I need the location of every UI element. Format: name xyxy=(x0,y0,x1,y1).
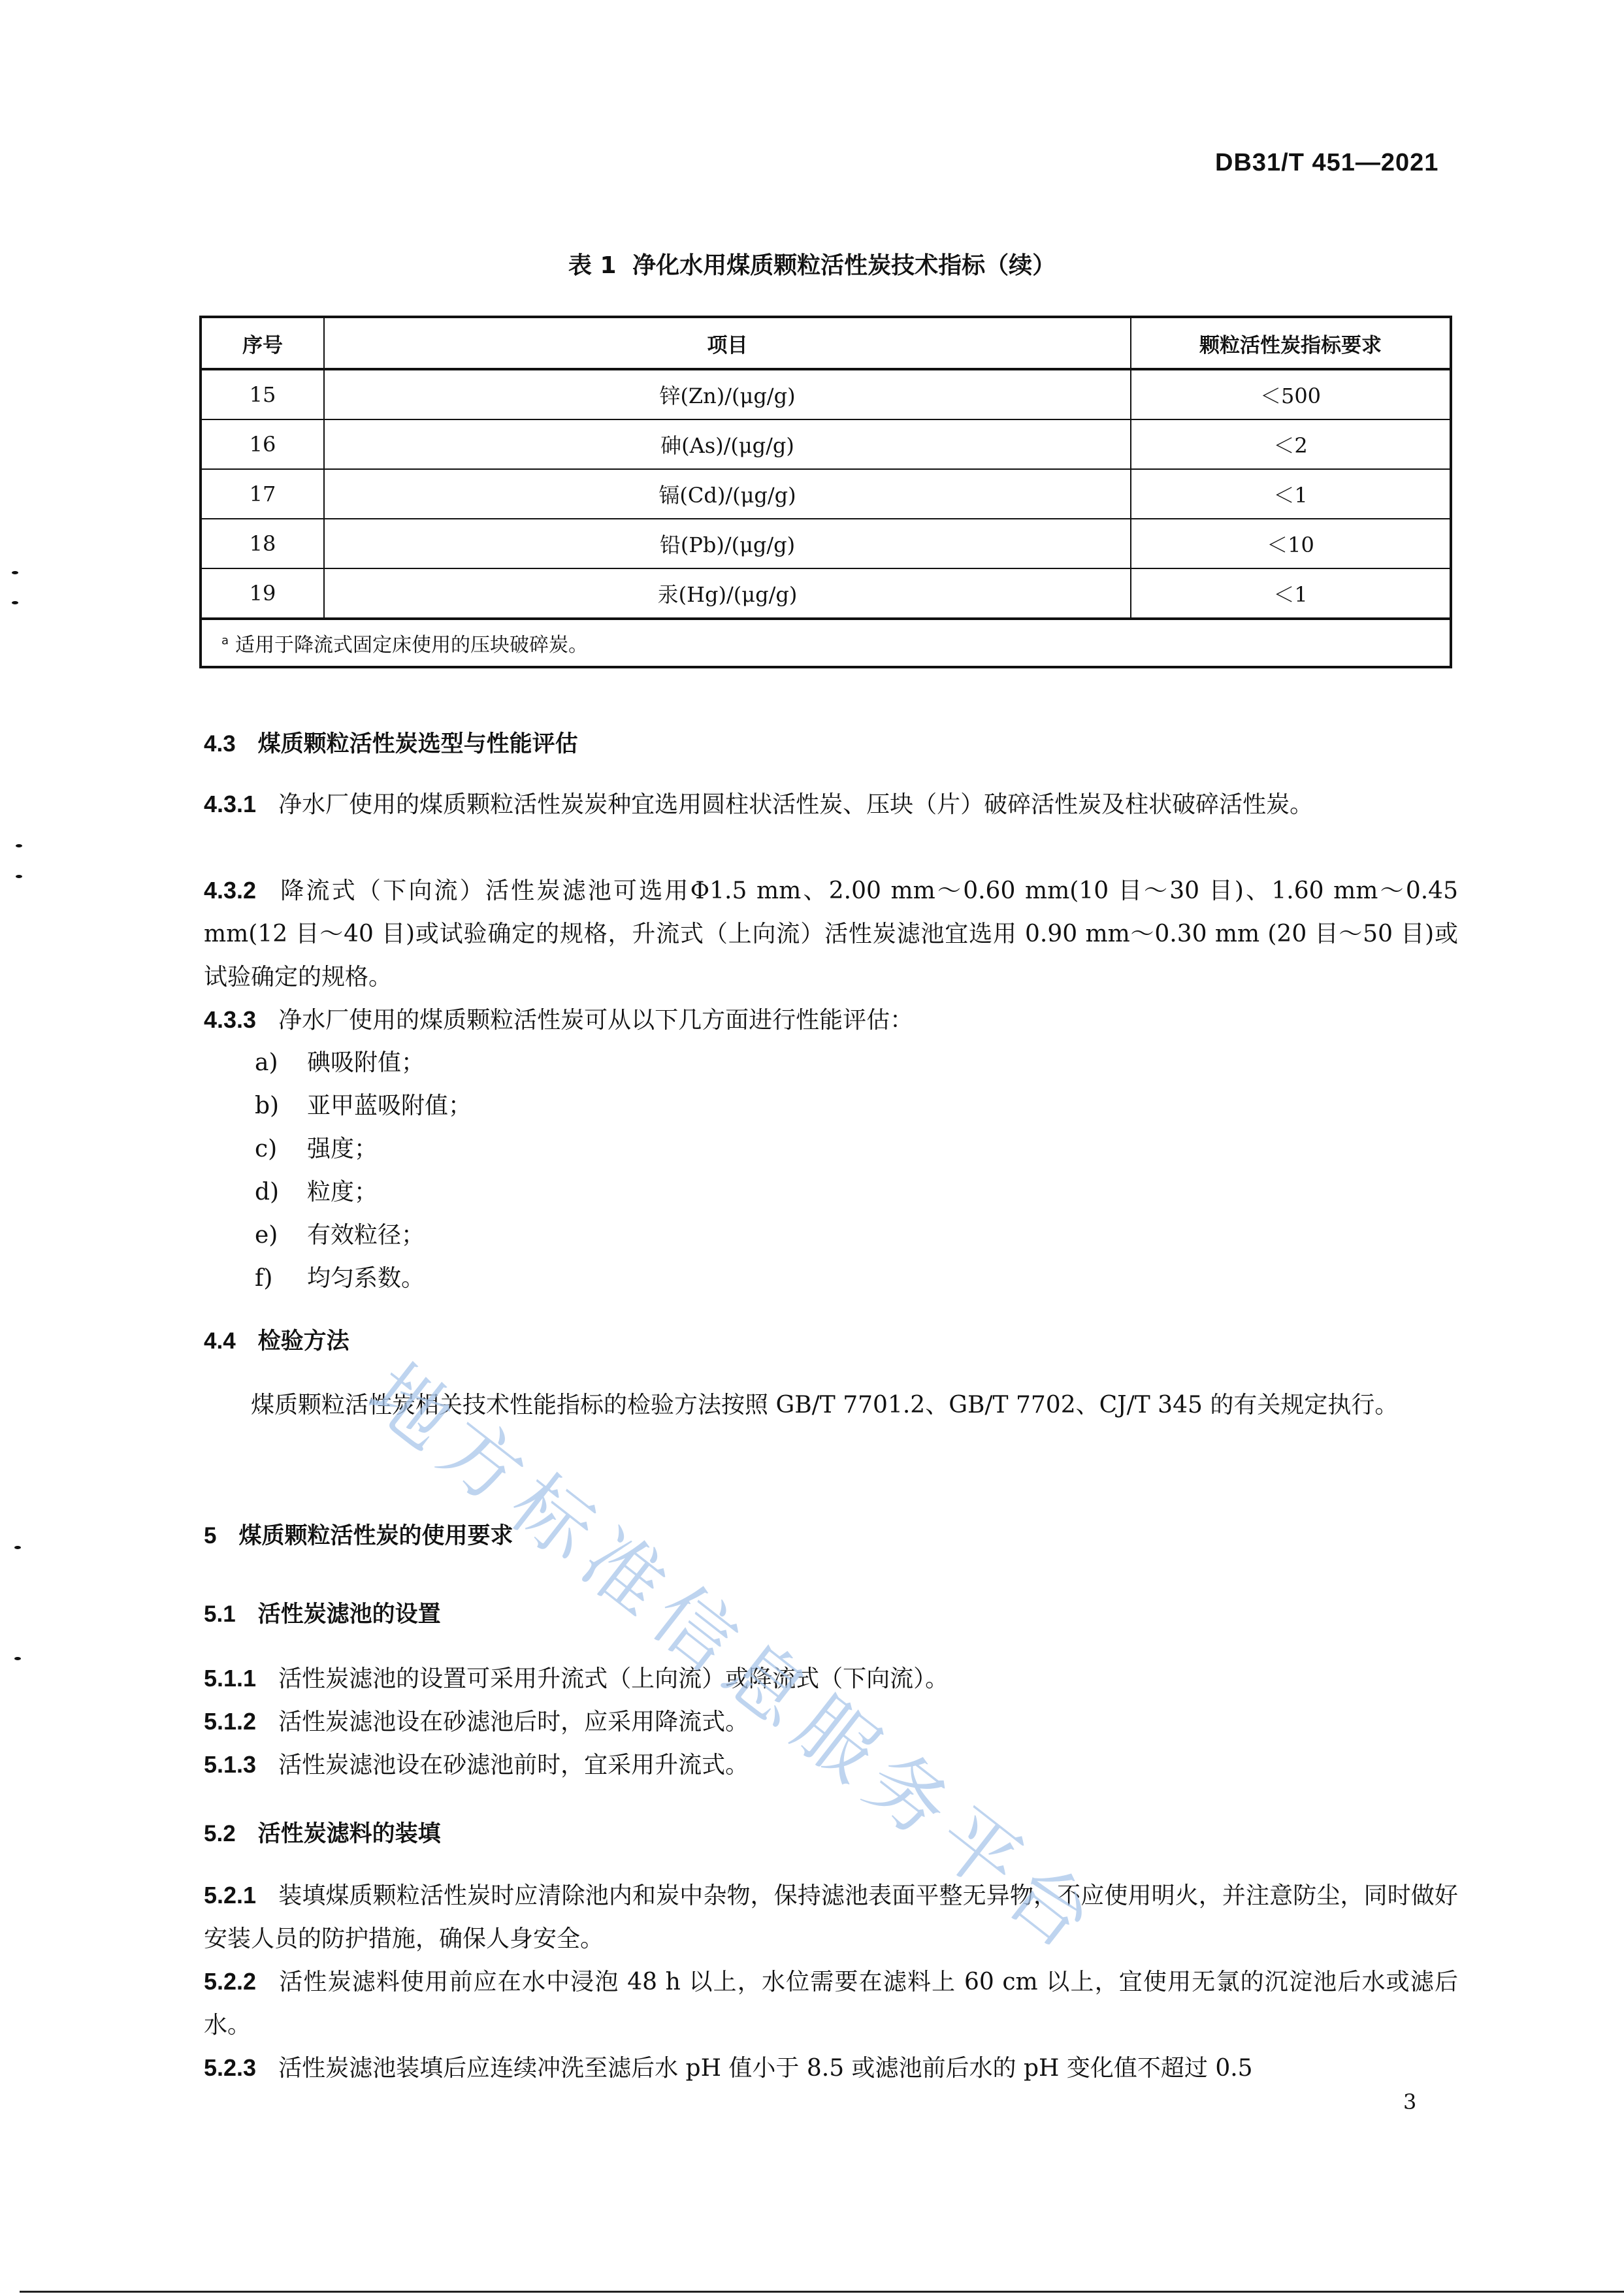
section-title: 活性炭滤池的设置 xyxy=(258,1601,441,1628)
clause-5-2-3: 5.2.3活性炭滤池装填后应连续冲洗至滤后水 pH 值小于 8.5 或滤池前后水… xyxy=(204,2046,1458,2090)
page-number: 3 xyxy=(1403,2089,1416,2114)
list-text: 有效粒径； xyxy=(307,1222,425,1249)
clause-text: 活性炭滤池设在砂滤池后时，应采用降流式。 xyxy=(278,1709,749,1735)
list-label: c) xyxy=(255,1128,307,1171)
cell-item: 铅(Pb)/(μg/g) xyxy=(324,519,1131,568)
clause-number: 4.3.2 xyxy=(204,877,256,904)
cell-no: 17 xyxy=(201,469,324,519)
cell-requirement: ＜2 xyxy=(1131,419,1451,469)
document-id: DB31/T 451—2021 xyxy=(1215,149,1438,177)
clause-5-2-1: 5.2.1装填煤质颗粒活性炭时应清除池内和炭中杂物，保持滤池表面平整无异物，不应… xyxy=(204,1874,1458,1961)
clause-4-3-1: 4.3.1净水厂使用的煤质颗粒活性炭炭种宜选用圆柱状活性炭、压块（片）破碎活性炭… xyxy=(204,783,1458,827)
section-heading-5-1: 5.1活性炭滤池的设置 xyxy=(204,1593,1458,1636)
table-row: 18 铅(Pb)/(μg/g) ＜10 xyxy=(201,519,1451,568)
cell-no: 18 xyxy=(201,519,324,568)
clause-number: 5.1.1 xyxy=(204,1665,256,1692)
list-item: c)强度； xyxy=(255,1128,472,1171)
clause-text: 降流式（下向流）活性炭滤池可选用Φ1.5 mm、2.00 mm～0.60 mm(… xyxy=(204,877,1458,991)
section-number: 4.3 xyxy=(204,731,236,757)
section-number: 4.4 xyxy=(204,1328,236,1354)
cell-item: 锌(Zn)/(μg/g) xyxy=(324,369,1131,419)
table-caption-prefix: 表 1 xyxy=(568,252,617,279)
clause-number: 5.2.1 xyxy=(204,1882,256,1909)
clause-number: 5.1.3 xyxy=(204,1751,256,1778)
list-item: e)有效粒径； xyxy=(255,1214,472,1257)
clause-5-1-3: 5.1.3活性炭滤池设在砂滤池前时，宜采用升流式。 xyxy=(204,1743,1458,1787)
list-item: b)亚甲蓝吸附值； xyxy=(255,1085,472,1128)
column-header-requirement: 颗粒活性炭指标要求 xyxy=(1131,317,1451,369)
clause-text: 装填煤质颗粒活性炭时应清除池内和炭中杂物，保持滤池表面平整无异物，不应使用明火，… xyxy=(204,1882,1458,1952)
clause-number: 5.1.2 xyxy=(204,1708,256,1735)
list-text: 均匀系数。 xyxy=(307,1265,425,1292)
column-header-item: 项目 xyxy=(324,317,1131,369)
section-heading-4-3: 4.3煤质颗粒活性炭选型与性能评估 xyxy=(204,723,1458,766)
list-item: a)碘吸附值； xyxy=(255,1041,472,1085)
cell-requirement: ＜10 xyxy=(1131,519,1451,568)
list-label: d) xyxy=(255,1171,307,1214)
section-heading-4-4: 4.4检验方法 xyxy=(204,1320,1458,1363)
spec-table: 序号 项目 颗粒活性炭指标要求 15 锌(Zn)/(μg/g) ＜500 16 … xyxy=(199,316,1452,668)
clause-text: 活性炭滤池设在砂滤池前时，宜采用升流式。 xyxy=(278,1752,749,1778)
cell-no: 15 xyxy=(201,369,324,419)
cell-requirement: ＜1 xyxy=(1131,469,1451,519)
table-caption-text: 净化水用煤质颗粒活性炭技术指标（续） xyxy=(632,252,1056,279)
paragraph-4-4: 煤质颗粒活性炭相关技术性能指标的检验方法按照 GB/T 7701.2、GB/T … xyxy=(204,1384,1458,1427)
table-header-row: 序号 项目 颗粒活性炭指标要求 xyxy=(201,317,1451,369)
cell-item: 汞(Hg)/(μg/g) xyxy=(324,568,1131,619)
chapter-heading-5: 5煤质颗粒活性炭的使用要求 xyxy=(204,1515,1458,1558)
table-row: 17 镉(Cd)/(μg/g) ＜1 xyxy=(201,469,1451,519)
list-label: a) xyxy=(255,1041,307,1085)
list-text: 亚甲蓝吸附值； xyxy=(307,1092,472,1119)
list-item: f)均匀系数。 xyxy=(255,1257,472,1300)
clause-4-3-3: 4.3.3净水厂使用的煤质颗粒活性炭可从以下几方面进行性能评估： xyxy=(204,998,1458,1042)
binder-hole-mark xyxy=(16,875,22,878)
binder-hole-mark xyxy=(12,571,18,574)
clause-number: 4.3.1 xyxy=(204,791,256,817)
scan-edge-line xyxy=(20,2291,1624,2293)
list-label: f) xyxy=(255,1257,307,1300)
list-text: 强度； xyxy=(307,1136,378,1162)
section-number: 5.2 xyxy=(204,1821,236,1846)
clause-number: 5.2.2 xyxy=(204,1968,256,1995)
clause-text: 净水厂使用的煤质颗粒活性炭炭种宜选用圆柱状活性炭、压块（片）破碎活性炭及柱状破碎… xyxy=(278,791,1313,818)
cell-requirement: ＜1 xyxy=(1131,568,1451,619)
clause-4-3-2: 4.3.2降流式（下向流）活性炭滤池可选用Φ1.5 mm、2.00 mm～0.6… xyxy=(204,869,1458,999)
column-header-no: 序号 xyxy=(201,317,324,369)
list-label: e) xyxy=(255,1214,307,1257)
clause-text: 活性炭滤池装填后应连续冲洗至滤后水 pH 值小于 8.5 或滤池前后水的 pH … xyxy=(278,2055,1253,2082)
binder-hole-mark xyxy=(12,601,18,604)
clause-5-2-2: 5.2.2活性炭滤料使用前应在水中浸泡 48 h 以上，水位需要在滤料上 60 … xyxy=(204,1960,1458,2047)
cell-item: 镉(Cd)/(μg/g) xyxy=(324,469,1131,519)
clause-number: 4.3.3 xyxy=(204,1006,256,1033)
section-title: 活性炭滤料的装填 xyxy=(258,1821,441,1847)
binder-hole-mark xyxy=(16,844,22,847)
clause-text: 活性炭滤池的设置可采用升流式（上向流）或降流式（下向流）。 xyxy=(278,1665,949,1692)
cell-no: 19 xyxy=(201,568,324,619)
clause-5-1-2: 5.1.2活性炭滤池设在砂滤池后时，应采用降流式。 xyxy=(204,1700,1458,1744)
clause-number: 5.2.3 xyxy=(204,2054,256,2081)
section-number: 5.1 xyxy=(204,1601,236,1627)
section-title: 检验方法 xyxy=(258,1328,349,1354)
binder-hole-mark xyxy=(14,1657,21,1660)
list-text: 碘吸附值； xyxy=(307,1049,425,1076)
table-footnote-row: a适用于降流式固定床使用的压块破碎炭。 xyxy=(201,619,1451,667)
table-row: 15 锌(Zn)/(μg/g) ＜500 xyxy=(201,369,1451,419)
list-text: 粒度； xyxy=(307,1179,378,1205)
clause-text: 活性炭滤料使用前应在水中浸泡 48 h 以上，水位需要在滤料上 60 cm 以上… xyxy=(204,1969,1458,2039)
footnote-mark: a xyxy=(221,634,229,647)
evaluation-list: a)碘吸附值； b)亚甲蓝吸附值； c)强度； d)粒度； e)有效粒径； f)… xyxy=(255,1041,472,1300)
binder-hole-mark xyxy=(14,1546,21,1549)
section-heading-5-2: 5.2活性炭滤料的装填 xyxy=(204,1812,1458,1856)
clause-5-1-1: 5.1.1活性炭滤池的设置可采用升流式（上向流）或降流式（下向流）。 xyxy=(204,1657,1458,1701)
cell-requirement: ＜500 xyxy=(1131,369,1451,419)
section-title: 煤质颗粒活性炭选型与性能评估 xyxy=(258,731,578,757)
clause-text: 净水厂使用的煤质颗粒活性炭可从以下几方面进行性能评估： xyxy=(278,1007,913,1034)
table-caption: 表 1 净化水用煤质颗粒活性炭技术指标（续） xyxy=(0,247,1624,280)
list-item: d)粒度； xyxy=(255,1171,472,1214)
table-footnote: a适用于降流式固定床使用的压块破碎炭。 xyxy=(201,619,1451,667)
footnote-text: 适用于降流式固定床使用的压块破碎炭。 xyxy=(235,634,588,657)
chapter-title: 煤质颗粒活性炭的使用要求 xyxy=(238,1523,513,1549)
chapter-number: 5 xyxy=(204,1523,216,1548)
table-row: 19 汞(Hg)/(μg/g) ＜1 xyxy=(201,568,1451,619)
list-label: b) xyxy=(255,1085,307,1128)
cell-item: 砷(As)/(μg/g) xyxy=(324,419,1131,469)
table-row: 16 砷(As)/(μg/g) ＜2 xyxy=(201,419,1451,469)
cell-no: 16 xyxy=(201,419,324,469)
